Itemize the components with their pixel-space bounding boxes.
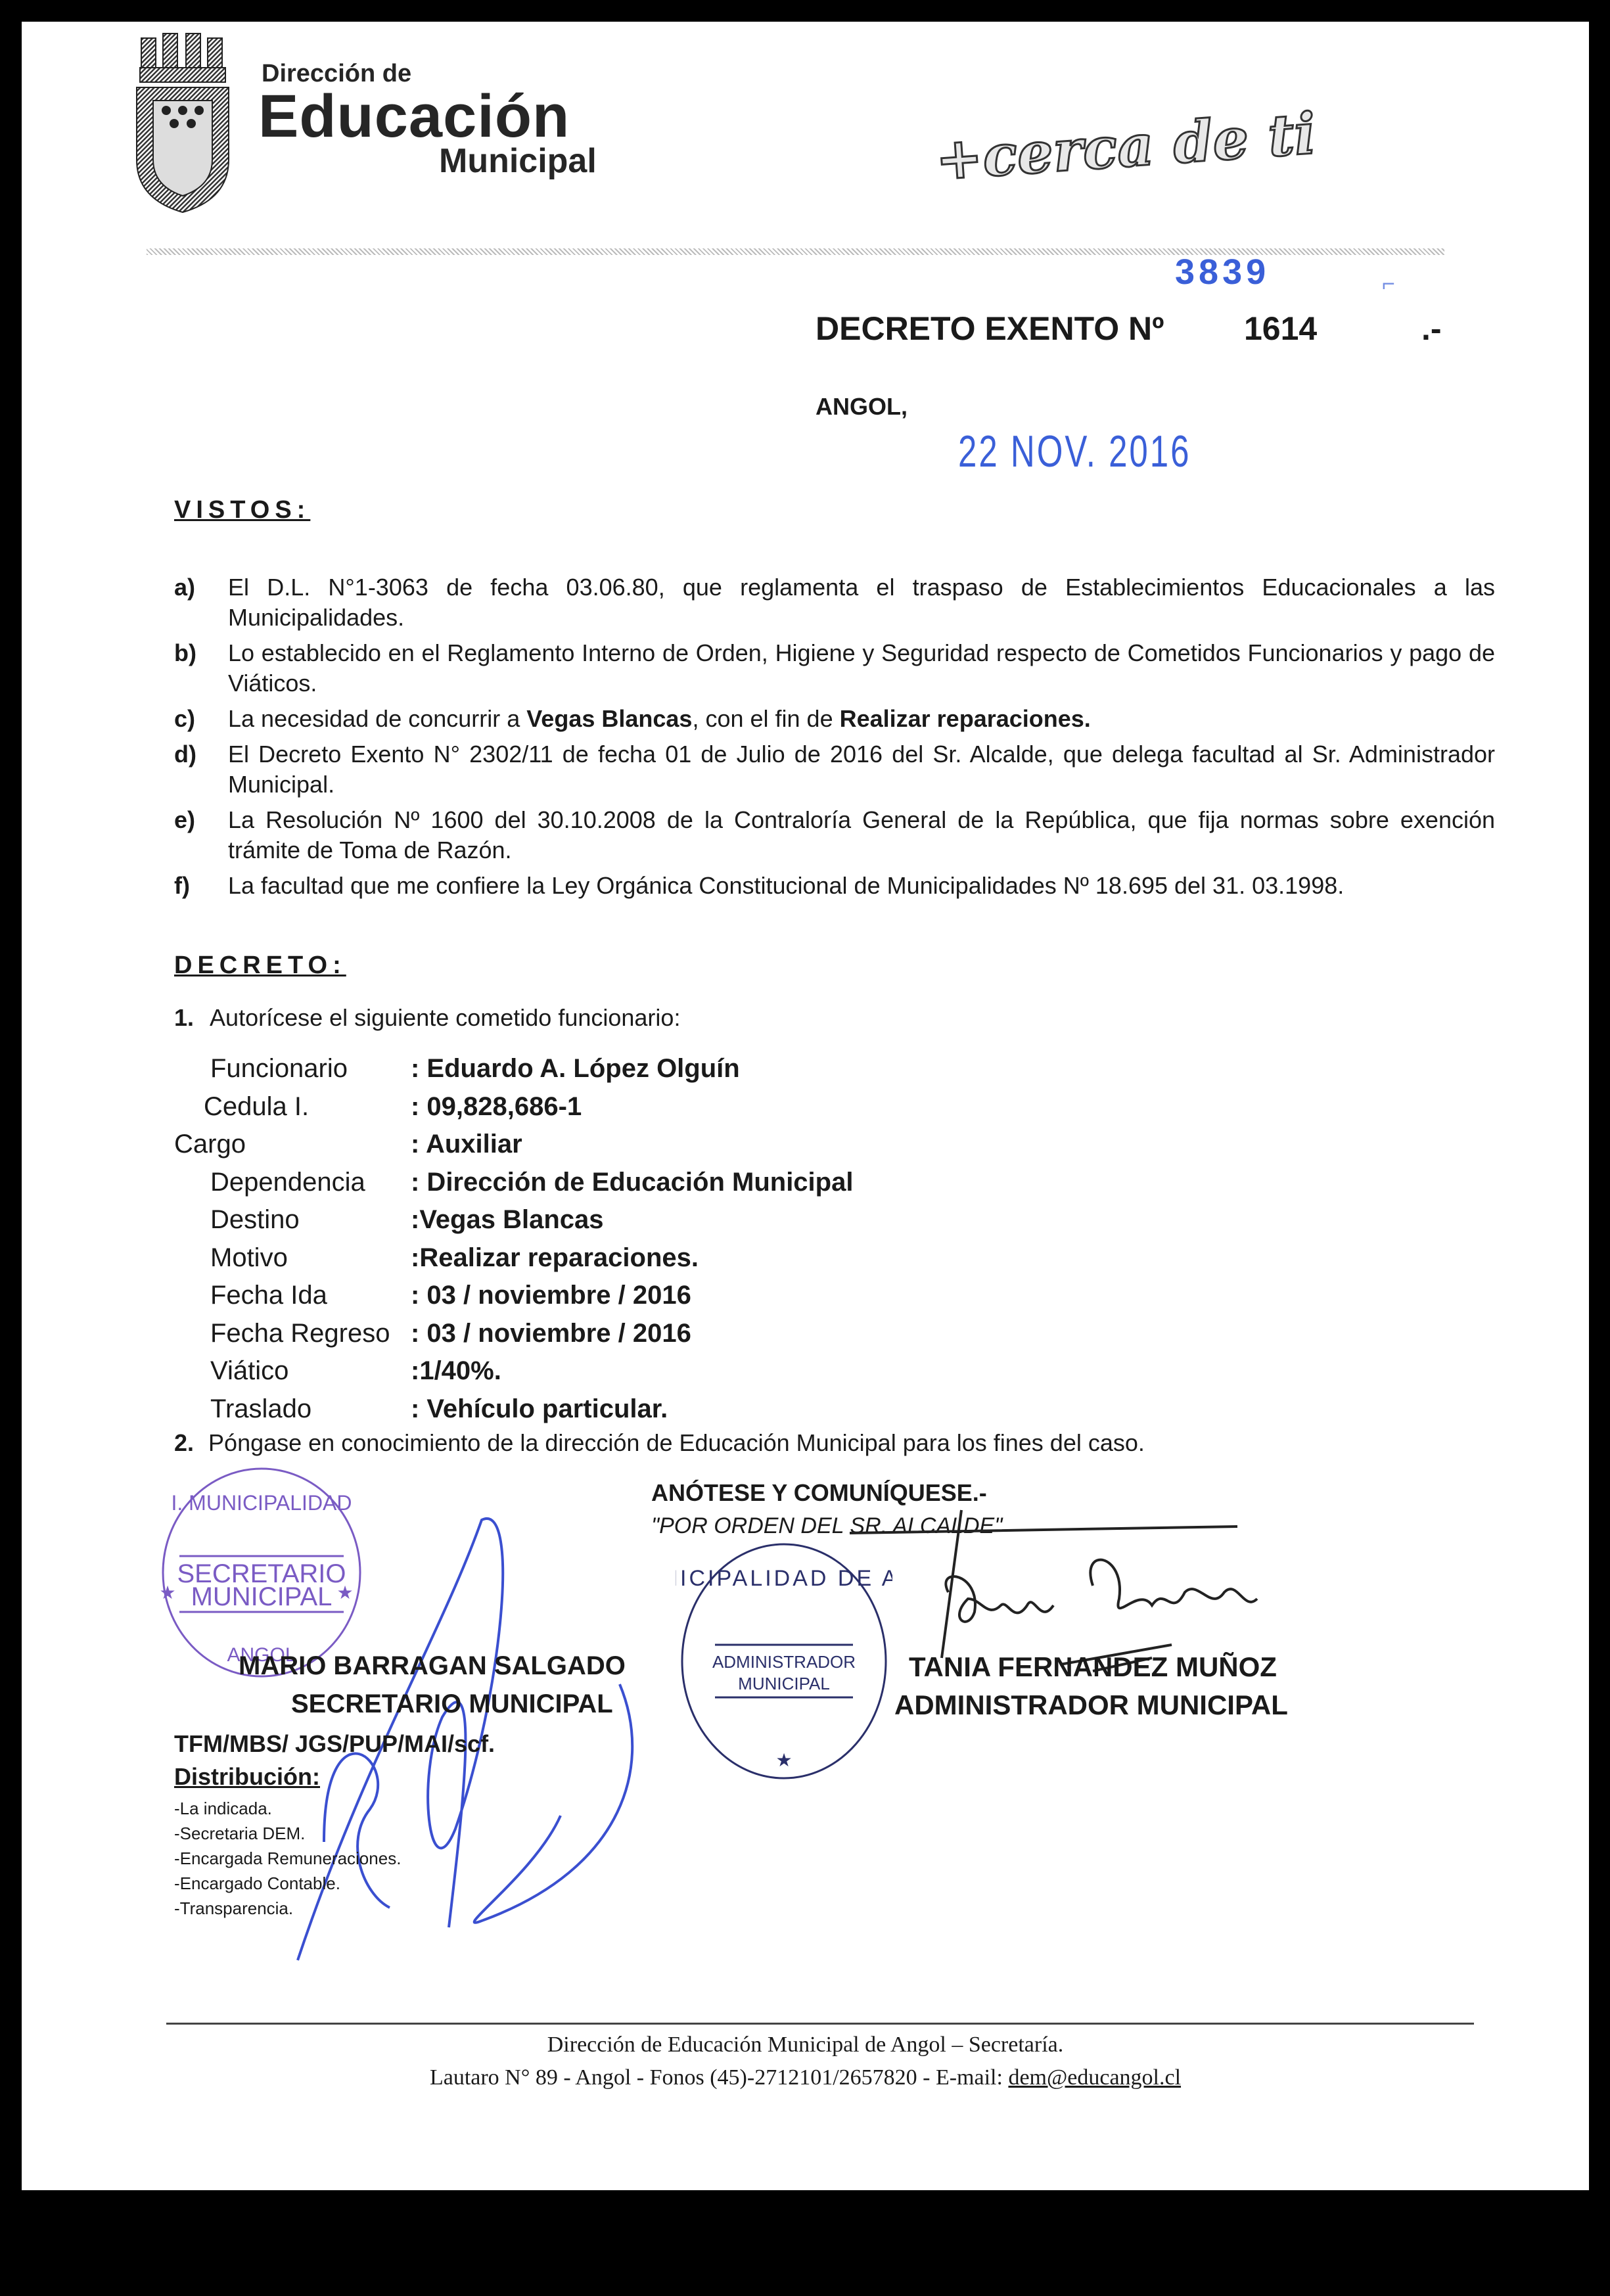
vistos-item: e) La Resolución Nº 1600 del 30.10.2008 … (174, 805, 1495, 865)
footer-email-link[interactable]: dem@educangol.cl (1008, 2065, 1181, 2090)
field-label: Destino (174, 1205, 411, 1235)
field-row: Destino:Vegas Blancas (174, 1201, 853, 1239)
distribution-item: -Transparencia. (174, 1896, 401, 1921)
vistos-list: a) El D.L. N°1-3063 de fecha 03.06.80, q… (174, 572, 1495, 906)
coat-of-arms-icon (133, 28, 232, 216)
svg-text:★: ★ (775, 1750, 792, 1770)
field-value: :1/40%. (411, 1356, 501, 1386)
distribution-heading: Distribución: (174, 1763, 320, 1791)
item-letter: b) (174, 638, 228, 699)
item-letter: e) (174, 805, 228, 865)
administrator-name: TANIA FERNANDEZ MUÑOZ (909, 1651, 1277, 1683)
field-label: Traslado (174, 1394, 411, 1424)
decree-item-2: 2.Póngase en conocimiento de la direcció… (174, 1429, 1145, 1457)
distribution-item: -La indicada. (174, 1796, 401, 1821)
vistos-item: d) El Decreto Exento N° 2302/11 de fecha… (174, 739, 1495, 800)
initial-mark-icon: ⌐ (1382, 271, 1395, 297)
city: ANGOL, (816, 393, 908, 421)
field-label: Cargo (174, 1130, 411, 1159)
item-letter: f) (174, 871, 228, 901)
decree-number: 1614 (1244, 310, 1317, 348)
decree-title: DECRETO EXENTO Nº (816, 310, 1164, 348)
footer-contact: Lautaro N° 89 - Angol - Fonos (45)-27121… (22, 2065, 1589, 2090)
field-label: Cedula I. (174, 1092, 411, 1122)
item-text: El Decreto Exento N° 2302/11 de fecha 01… (228, 739, 1495, 800)
item-letter: d) (174, 739, 228, 800)
field-label: Motivo (174, 1243, 411, 1273)
commission-fields: Funcionario: Eduardo A. López OlguínCedu… (174, 1050, 853, 1428)
field-row: Traslado: Vehículo particular. (174, 1390, 853, 1429)
registry-stamp: 3839 (1175, 252, 1270, 292)
logo-text-line3: Municipal (439, 141, 597, 181)
item-text: Lo establecido en el Reglamento Interno … (228, 638, 1495, 699)
field-label: Funcionario (174, 1054, 411, 1084)
item-text: La facultad que me confiere la Ley Orgán… (228, 871, 1495, 901)
field-row: Fecha Regreso: 03 / noviembre / 2016 (174, 1315, 853, 1353)
secretary-title: SECRETARIO MUNICIPAL (291, 1689, 613, 1719)
field-label: Fecha Ida (174, 1281, 411, 1310)
field-row: Cargo: Auxiliar (174, 1126, 853, 1164)
item-text: El D.L. N°1-3063 de fecha 03.06.80, que … (228, 572, 1495, 633)
destination-bold: Vegas Blancas (526, 705, 692, 732)
field-label: Viático (174, 1356, 411, 1386)
vistos-item: f) La facultad que me confiere la Ley Or… (174, 871, 1495, 901)
field-value: :Realizar reparaciones. (411, 1243, 699, 1273)
distribution-item: -Secretaria DEM. (174, 1821, 401, 1846)
svg-text:★: ★ (159, 1582, 175, 1603)
field-value: : Eduardo A. López Olguín (411, 1054, 740, 1084)
field-value: : Dirección de Educación Municipal (411, 1168, 853, 1197)
distribution-list: -La indicada.-Secretaria DEM.-Encargada … (174, 1796, 401, 1921)
reference-initials: TFM/MBS/ JGS/PUP/MAI/scf. (174, 1730, 495, 1758)
svg-text:ADMINISTRADOR: ADMINISTRADOR (712, 1652, 856, 1672)
purpose-bold: Realizar reparaciones. (840, 705, 1091, 732)
slogan: +cerca de ti (933, 101, 1318, 193)
field-value: :Vegas Blancas (411, 1205, 604, 1235)
footer-divider (166, 2023, 1474, 2025)
vistos-heading: VISTOS: (174, 496, 310, 524)
item-letter: c) (174, 704, 228, 734)
document-page: Dirección de Educación Municipal +cerca … (22, 22, 1589, 2190)
field-row: Funcionario: Eduardo A. López Olguín (174, 1050, 853, 1088)
vistos-item: c) La necesidad de concurrir a Vegas Bla… (174, 704, 1495, 734)
svg-text:MUNICIPAL: MUNICIPAL (738, 1674, 830, 1693)
field-label: Fecha Regreso (174, 1319, 411, 1348)
item-letter: a) (174, 572, 228, 633)
footer-org: Dirección de Educación Municipal de Ango… (22, 2032, 1589, 2057)
field-label: Dependencia (174, 1168, 411, 1197)
field-value: : 09,828,686-1 (411, 1092, 582, 1122)
field-value: : 03 / noviembre / 2016 (411, 1319, 691, 1348)
vistos-item: a) El D.L. N°1-3063 de fecha 03.06.80, q… (174, 572, 1495, 633)
distribution-item: -Encargada Remuneraciones. (174, 1846, 401, 1871)
decree-item-1: 1.Autorícese el siguiente cometido funci… (174, 1004, 680, 1032)
distribution-item: -Encargado Contable. (174, 1871, 401, 1896)
administrator-title: ADMINISTRADOR MUNICIPAL (894, 1689, 1288, 1721)
item-text: La Resolución Nº 1600 del 30.10.2008 de … (228, 805, 1495, 865)
field-row: Fecha Ida: 03 / noviembre / 2016 (174, 1277, 853, 1315)
decree-suffix: .- (1421, 310, 1442, 348)
anotese-text: ANÓTESE Y COMUNÍQUESE.- (651, 1479, 987, 1507)
field-row: Cedula I.: 09,828,686-1 (174, 1088, 853, 1126)
field-row: Viático:1/40%. (174, 1352, 853, 1390)
field-value: : Vehículo particular. (411, 1394, 668, 1424)
field-row: Motivo:Realizar reparaciones. (174, 1239, 853, 1277)
secretary-name: MARIO BARRAGAN SALGADO (239, 1651, 626, 1681)
field-value: : 03 / noviembre / 2016 (411, 1281, 691, 1310)
field-value: : Auxiliar (411, 1130, 522, 1159)
decreto-heading: DECRETO: (174, 952, 346, 980)
item-text: La necesidad de concurrir a Vegas Blanca… (228, 704, 1495, 734)
date-stamp: 22 NOV. 2016 (958, 426, 1191, 477)
field-row: Dependencia: Dirección de Educación Muni… (174, 1164, 853, 1202)
vistos-item: b) Lo establecido en el Reglamento Inter… (174, 638, 1495, 699)
